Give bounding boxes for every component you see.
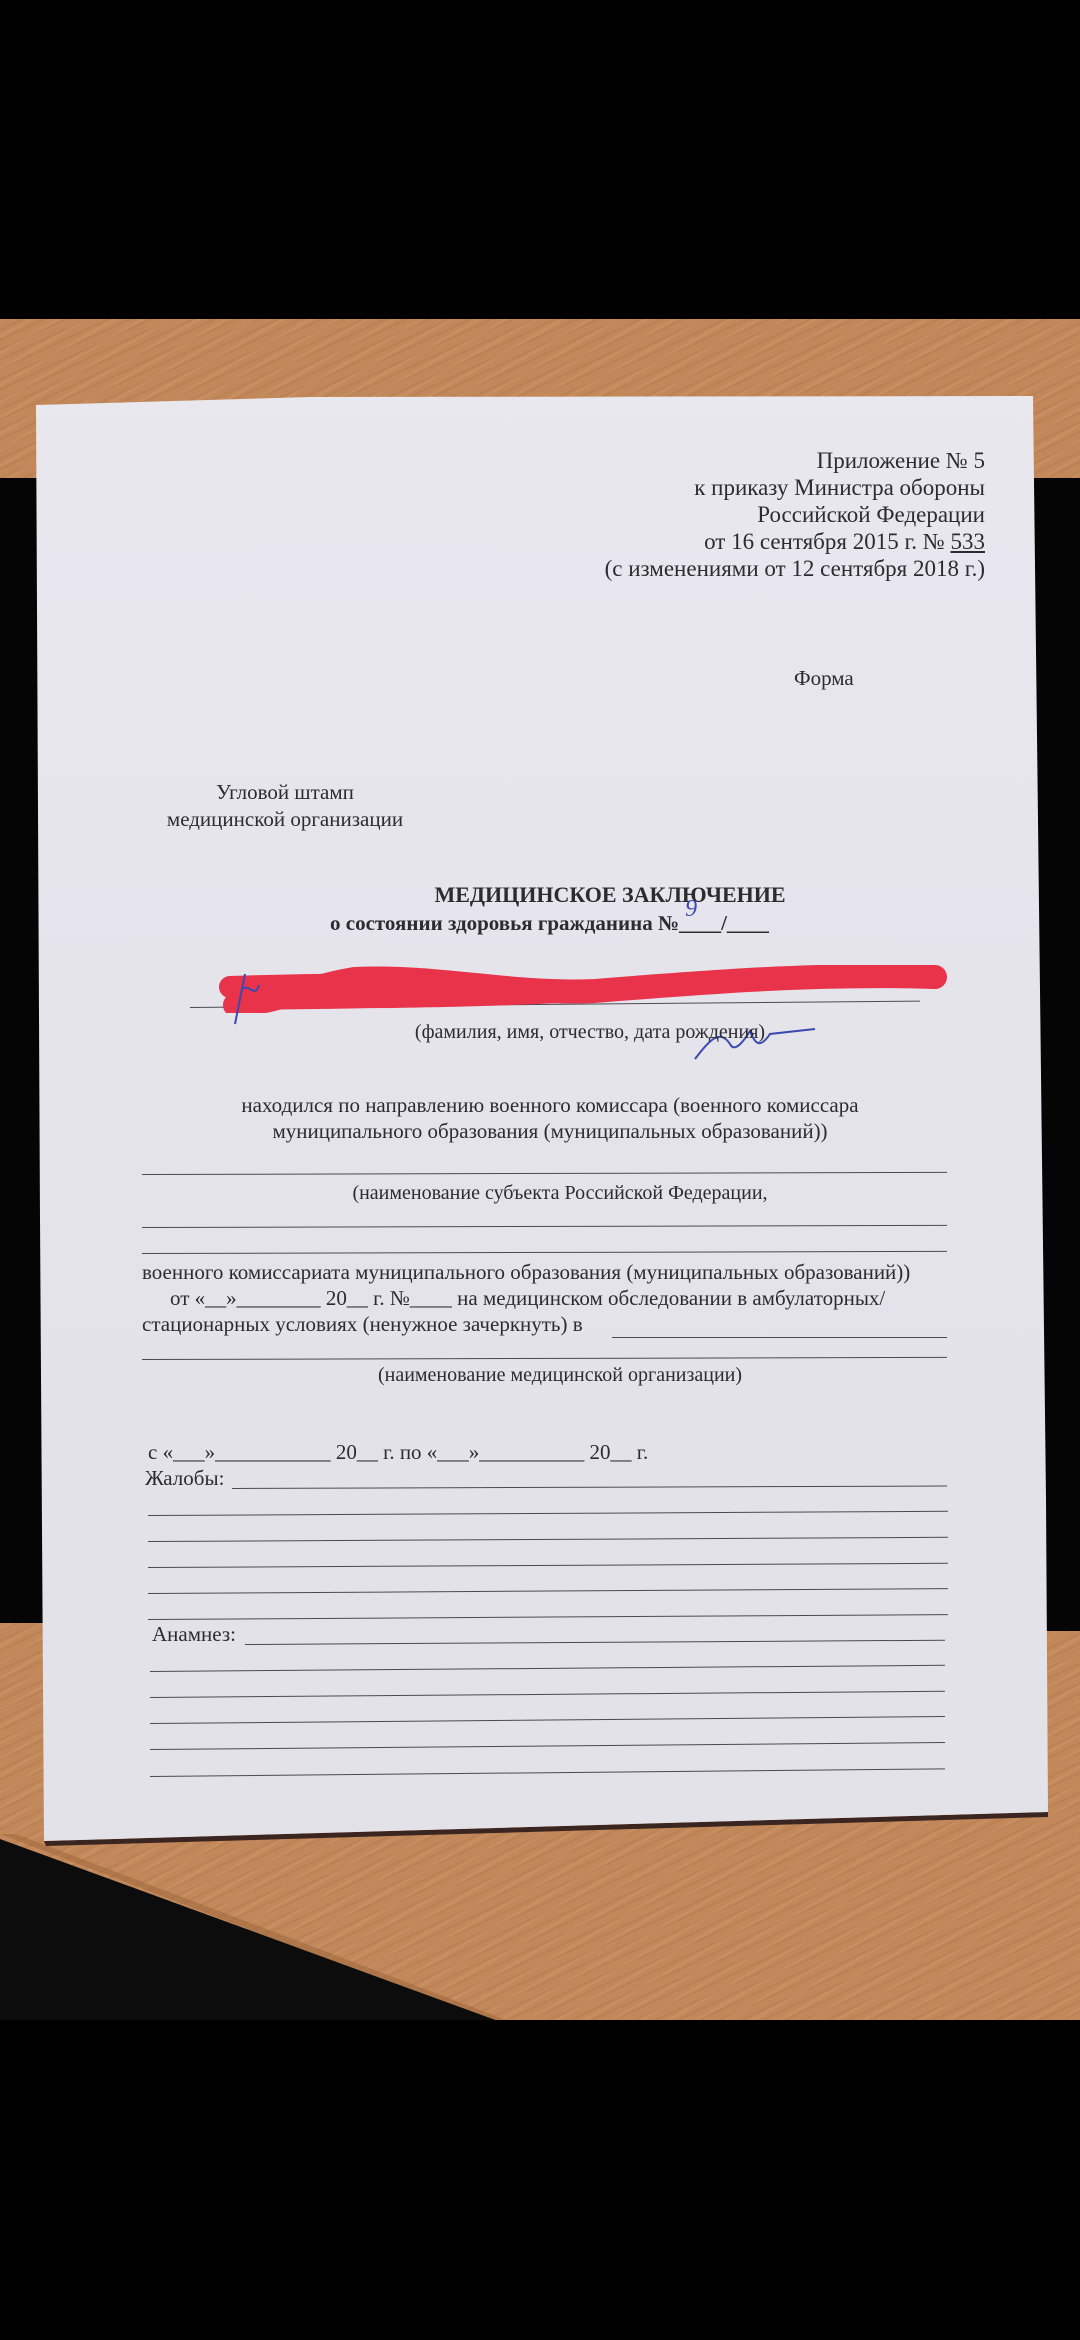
stamp-line-1: Угловой штамп [150, 782, 420, 803]
referral-line-2: муниципального образования (муниципальны… [140, 1121, 960, 1142]
order-number: 533 [951, 529, 986, 554]
complaints-line-4[interactable] [148, 1563, 948, 1568]
subtitle-text: о состоянии здоровья гражданина № [330, 911, 679, 935]
order-reference: к приказу Министра обороны [694, 476, 985, 499]
stamp-line-2: медицинской организации [150, 809, 420, 830]
commissioner-field-line-2[interactable] [142, 1225, 947, 1228]
complaints-line-2[interactable] [148, 1511, 948, 1516]
commissioner-field-line-3[interactable] [142, 1251, 947, 1254]
referral-line-5: стационарных условиях (ненужное зачеркну… [142, 1314, 583, 1335]
order-date: от 16 сентября 2015 г. № 533 [704, 530, 985, 553]
document: Приложение № 5 к приказу Министра оборон… [0, 319, 1080, 2020]
complaints-line-6[interactable] [148, 1614, 948, 1620]
examination-period: с «___»___________ 20__ г. по «___»_____… [148, 1442, 648, 1463]
red-redaction-mark [215, 965, 955, 1013]
complaints-line-3[interactable] [148, 1537, 948, 1542]
anamnesis-line-3[interactable] [150, 1691, 945, 1698]
form-label: Форма [794, 668, 854, 689]
anamnesis-line-2[interactable] [150, 1665, 945, 1672]
referral-line-4: от «__»________ 20__ г. №____ на медицин… [170, 1288, 885, 1309]
federation-line: Российской Федерации [757, 503, 985, 526]
document-subtitle: о состоянии здоровья гражданина №____/__… [330, 913, 769, 934]
organization-field-line-1[interactable] [612, 1337, 947, 1338]
anamnesis-line-5[interactable] [150, 1742, 945, 1750]
photo: Приложение № 5 к приказу Министра оборон… [0, 319, 1080, 2020]
pen-stroke-signature-left [225, 969, 265, 1029]
handwritten-number: 9 [685, 897, 697, 921]
anamnesis-line-4[interactable] [150, 1716, 945, 1724]
amendments-line: (с изменениями от 12 сентября 2018 г.) [605, 557, 985, 580]
referral-line-3: военного комиссариата муниципального обр… [142, 1262, 910, 1283]
complaints-line-5[interactable] [148, 1588, 948, 1594]
organization-caption: (наименование медицинской организации) [160, 1365, 960, 1385]
document-title: МЕДИЦИНСКОЕ ЗАКЛЮЧЕНИЕ [300, 884, 920, 906]
referral-line-1: находился по направлению военного комисс… [140, 1095, 960, 1116]
order-date-prefix: от 16 сентября 2015 г. № [704, 529, 950, 554]
conclusion-number-field[interactable]: ____/____9 [679, 911, 769, 935]
complaints-label: Жалобы: [145, 1468, 224, 1489]
organization-field-line-2[interactable] [142, 1357, 947, 1360]
anamnesis-line-1[interactable] [245, 1640, 945, 1645]
anamnesis-label: Анамнез: [152, 1624, 236, 1645]
commissioner-field-line-1[interactable] [142, 1172, 947, 1175]
name-field-caption: (фамилия, имя, отчество, дата рождения) [300, 1022, 880, 1042]
appendix-number: Приложение № 5 [817, 449, 985, 472]
anamnesis-line-6[interactable] [150, 1768, 945, 1777]
subject-caption: (наименование субъекта Российской Федера… [160, 1183, 960, 1203]
complaints-line-1[interactable] [232, 1486, 947, 1489]
